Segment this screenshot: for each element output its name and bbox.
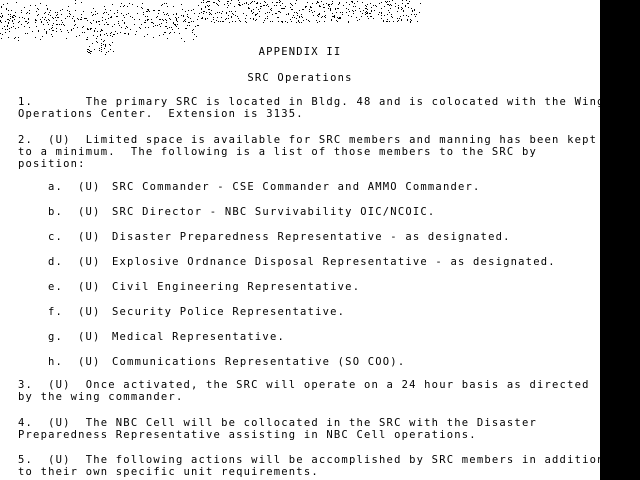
paragraph-line: by the wing commander.: [18, 391, 183, 403]
item-label: g.: [48, 331, 78, 343]
paragraph-line: 4. (U) The NBC Cell will be collocated i…: [18, 417, 537, 429]
item-label: a.: [48, 181, 78, 193]
item-text: SRC Commander - CSE Commander and AMMO C…: [112, 181, 481, 193]
list-item: e.(U)Civil Engineering Representative.: [48, 281, 360, 293]
list-item: h.(U)Communications Representative (SO C…: [48, 356, 405, 368]
item-classification: (U): [78, 206, 112, 218]
item-classification: (U): [78, 331, 112, 343]
item-classification: (U): [78, 356, 112, 368]
paragraph-line: to a minimum. The following is a list of…: [18, 146, 537, 158]
paragraph-line: 5. (U) The following actions will be acc…: [18, 454, 600, 466]
item-text: Disaster Preparedness Representative - a…: [112, 231, 511, 243]
item-classification: (U): [78, 181, 112, 193]
item-label: b.: [48, 206, 78, 218]
list-item: d.(U)Explosive Ordnance Disposal Represe…: [48, 256, 556, 268]
item-classification: (U): [78, 231, 112, 243]
paragraph-line: Operations Center. Extension is 3135.: [18, 108, 304, 120]
item-text: Civil Engineering Representative.: [112, 281, 360, 293]
paragraph-line: 2. (U) Limited space is available for SR…: [18, 134, 597, 146]
list-item: f.(U)Security Police Representative.: [48, 306, 345, 318]
item-text: Explosive Ordnance Disposal Representati…: [112, 256, 556, 268]
scan-border-bar: [600, 0, 640, 480]
paragraph-line: 1. The primary SRC is located in Bldg. 4…: [18, 96, 600, 108]
item-label: h.: [48, 356, 78, 368]
paragraph-line: Preparedness Representative assisting in…: [18, 429, 477, 441]
document-page: APPENDIX II SRC Operations 1. The primar…: [0, 0, 600, 480]
page-title: APPENDIX II: [0, 46, 600, 58]
list-item: a.(U)SRC Commander - CSE Commander and A…: [48, 181, 481, 193]
item-text: Medical Representative.: [112, 331, 285, 343]
item-text: SRC Director - NBC Survivability OIC/NCO…: [112, 206, 435, 218]
list-item: b.(U)SRC Director - NBC Survivability OI…: [48, 206, 435, 218]
item-text: Communications Representative (SO COO).: [112, 356, 405, 368]
item-text: Security Police Representative.: [112, 306, 345, 318]
item-label: c.: [48, 231, 78, 243]
scan-noise: [0, 0, 600, 80]
item-classification: (U): [78, 306, 112, 318]
item-label: f.: [48, 306, 78, 318]
paragraph-line: 3. (U) Once activated, the SRC will oper…: [18, 379, 590, 391]
paragraph-line: position:: [18, 158, 86, 170]
list-item: c.(U)Disaster Preparedness Representativ…: [48, 231, 511, 243]
item-classification: (U): [78, 256, 112, 268]
item-label: e.: [48, 281, 78, 293]
paragraph-line: to their own specific unit requirements.: [18, 466, 319, 478]
page-subtitle: SRC Operations: [0, 72, 600, 84]
item-label: d.: [48, 256, 78, 268]
item-classification: (U): [78, 281, 112, 293]
list-item: g.(U)Medical Representative.: [48, 331, 285, 343]
